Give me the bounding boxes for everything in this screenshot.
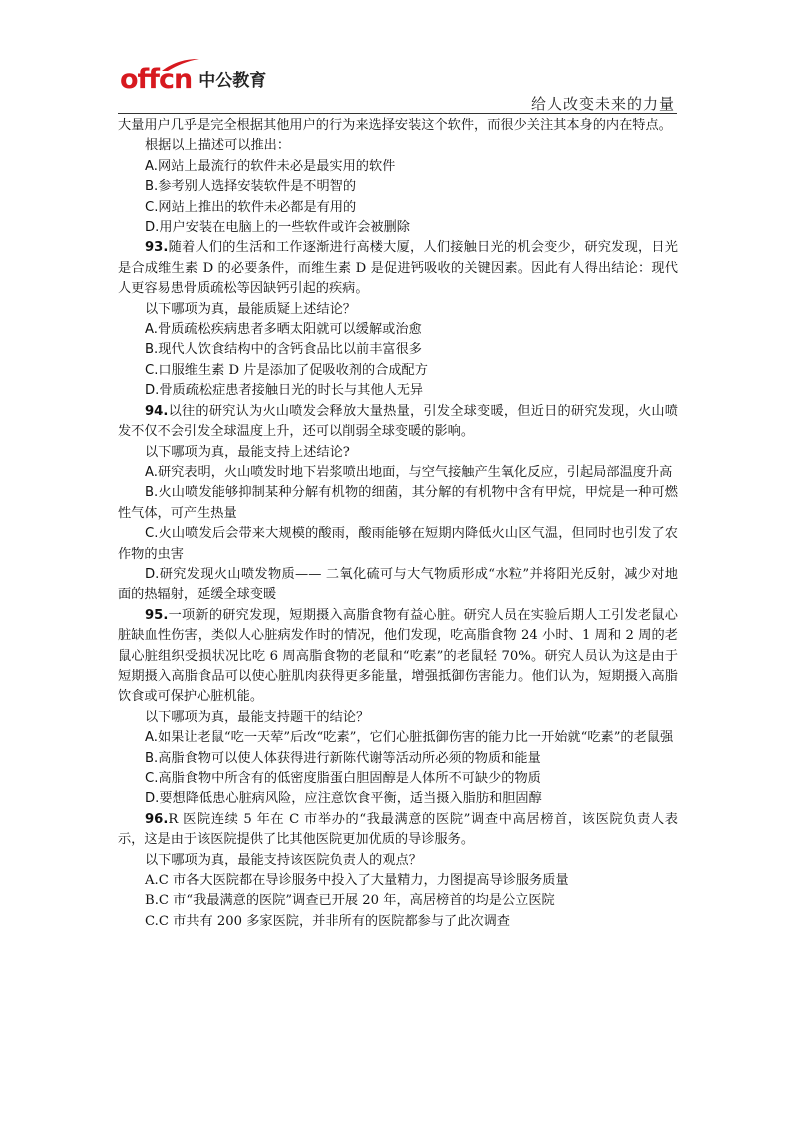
logo-swoosh-icon — [160, 58, 200, 72]
logo-wordmark: offcn — [120, 66, 192, 93]
question-93-option-d: D.骨质疏松症患者接触日光的时长与其他人无异 — [118, 381, 678, 401]
option-letter: B. — [145, 179, 158, 194]
intro-option-c: C.网站上推出的软件未必都是有用的 — [118, 198, 678, 218]
question-94-option-a: A.研究表明，火山喷发时地下岩浆喷出地面，与空气接触产生氧化反应，引起局部温度升… — [118, 463, 678, 483]
option-letter: A. — [145, 322, 158, 337]
option-text: 用户安装在电脑上的一些软件或许会被删除 — [159, 220, 410, 235]
question-94-prompt: 以下哪项为真，最能支持上述结论? — [118, 443, 678, 463]
question-number: 94. — [145, 404, 168, 419]
question-95-option-d: D.要想降低患心脏病风险，应注意饮食平衡，适当摄入脂肪和胆固醇 — [118, 789, 678, 809]
question-96-prompt: 以下哪项为真，最能支持该医院负责人的观点？ — [118, 851, 678, 871]
question-94-option-c: C.火山喷发后会带来大规模的酸雨，酸雨能够在短期内降低火山区气温，但同时也引发了… — [118, 524, 678, 565]
logo-chinese-text: 中公教育 — [198, 66, 266, 93]
question-95-option-a: A.如果让老鼠“吃一天荤”后改“吃素”，它们心脏抵御伤害的能力比一开始就“吃素”… — [118, 728, 678, 748]
option-letter: B. — [145, 342, 158, 357]
header-slogan: 给人改变未来的力量 — [531, 93, 675, 114]
offcn-logo: offcn 中公教育 — [120, 66, 266, 93]
question-93-prompt: 以下哪项为真，最能质疑上述结论？ — [118, 300, 678, 320]
question-95-option-c: C.高脂食物中所含有的低密度脂蛋白胆固醇是人体所不可缺少的物质 — [118, 769, 678, 789]
option-text: 网站上最流行的软件未必是最实用的软件 — [158, 159, 395, 174]
option-text: 网站上推出的软件未必都是有用的 — [158, 200, 356, 215]
option-letter: C. — [145, 914, 159, 929]
option-letter: D. — [145, 567, 159, 582]
option-text: 现代人饮食结构中的含钙食品比以前丰富很多 — [158, 342, 422, 357]
option-text: 要想降低患心脏病风险，应注意饮食平衡，适当摄入脂肪和胆固醇 — [159, 791, 541, 806]
option-letter: C. — [145, 526, 158, 541]
question-96-option-c: C.C 市共有 200 多家医院，并非所有的医院都参与了此次调查 — [118, 912, 678, 932]
question-number: 95. — [145, 608, 168, 623]
question-93-option-a: A.骨质疏松疾病患者多晒太阳就可以缓解或治愈 — [118, 320, 678, 340]
question-94-stem: 94.以往的研究认为火山喷发会释放大量热量，引发全球变暖，但近日的研究发现，火山… — [118, 402, 678, 443]
question-number: 93. — [145, 240, 168, 255]
intro-option-a: A.网站上最流行的软件未必是最实用的软件 — [118, 157, 678, 177]
option-text: C 市“我最满意的医院”调查已开展 20 年，高居榜首的均是公立医院 — [159, 893, 555, 908]
question-stem-text: 以往的研究认为火山喷发会释放大量热量，引发全球变暖，但近日的研究发现，火山喷发不… — [118, 404, 678, 439]
option-text: C 市各大医院都在导诊服务中投入了大量精力，力图提高导诊服务质量 — [159, 873, 569, 888]
intro-option-d: D.用户安装在电脑上的一些软件或许会被删除 — [118, 218, 678, 238]
question-96-stem: 96.R 医院连续 5 年在 C 市举办的“我最满意的医院”调查中高居榜首，该医… — [118, 810, 678, 851]
question-number: 96. — [145, 812, 168, 827]
question-94-option-b: B.火山喷发能够抑制某种分解有机物的细菌，其分解的有机物中含有甲烷，甲烷是一种可… — [118, 483, 678, 524]
question-96-option-b: B.C 市“我最满意的医院”调查已开展 20 年，高居榜首的均是公立医院 — [118, 891, 678, 911]
option-text: 火山喷发能够抑制某种分解有机物的细菌，其分解的有机物中含有甲烷，甲烷是一种可燃性… — [118, 485, 678, 520]
option-text: 如果让老鼠“吃一天荤”后改“吃素”，它们心脏抵御伤害的能力比一开始就“吃素”的老… — [158, 730, 673, 745]
header-divider — [118, 113, 677, 114]
option-letter: D. — [145, 791, 159, 806]
intro-option-b: B.参考别人选择安装软件是不明智的 — [118, 177, 678, 197]
option-text: C 市共有 200 多家医院，并非所有的医院都参与了此次调查 — [159, 914, 510, 929]
option-letter: B. — [145, 485, 158, 500]
option-letter: B. — [145, 751, 158, 766]
question-93-stem: 93.随着人们的生活和工作逐渐进行高楼大厦，人们接触日光的机会变少，研究发现，日… — [118, 238, 678, 299]
question-93-option-b: B.现代人饮食结构中的含钙食品比以前丰富很多 — [118, 340, 678, 360]
option-letter: A. — [145, 159, 158, 174]
option-letter: A. — [145, 465, 158, 480]
question-95-prompt: 以下哪项为真，最能支持题干的结论？ — [118, 708, 678, 728]
question-93-option-c: C.口服维生素 D 片是添加了促吸收剂的合成配方 — [118, 361, 678, 381]
option-letter: C. — [145, 771, 158, 786]
option-letter: A. — [145, 873, 159, 888]
option-text: 参考别人选择安装软件是不明智的 — [158, 179, 356, 194]
option-text: 高脂食物可以使人体获得进行新陈代谢等活动所必须的物质和能量 — [158, 751, 540, 766]
option-letter: D. — [145, 383, 159, 398]
option-text: 研究表明，火山喷发时地下岩浆喷出地面，与空气接触产生氧化反应，引起局部温度升高 — [158, 465, 672, 480]
option-text: 火山喷发后会带来大规模的酸雨，酸雨能够在短期内降低火山区气温，但同时也引发了农作… — [118, 526, 678, 561]
option-letter: C. — [145, 363, 158, 378]
option-text: 高脂食物中所含有的低密度脂蛋白胆固醇是人体所不可缺少的物质 — [158, 771, 540, 786]
question-95-option-b: B.高脂食物可以使人体获得进行新陈代谢等活动所必须的物质和能量 — [118, 749, 678, 769]
question-96-option-a: A.C 市各大医院都在导诊服务中投入了大量精力，力图提高导诊服务质量 — [118, 871, 678, 891]
option-text: 研究发现火山喷发物质—— 二氧化硫可与大气物质形成“水粒”并将阳光反射，减少对地… — [118, 567, 678, 602]
option-text: 骨质疏松症患者接触日光的时长与其他人无异 — [159, 383, 423, 398]
question-stem-text: 随着人们的生活和工作逐渐进行高楼大厦，人们接触日光的机会变少，研究发现，日光是合… — [118, 240, 678, 296]
option-letter: B. — [145, 893, 159, 908]
question-95-stem: 95.一项新的研究发现，短期摄入高脂食物有益心脏。研究人员在实验后期人工引发老鼠… — [118, 606, 678, 708]
question-stem-text: R 医院连续 5 年在 C 市举办的“我最满意的医院”调查中高居榜首，该医院负责… — [118, 812, 678, 847]
option-text: 骨质疏松疾病患者多晒太阳就可以缓解或治愈 — [158, 322, 422, 337]
question-stem-text: 一项新的研究发现，短期摄入高脂食物有益心脏。研究人员在实验后期人工引发老鼠心脏缺… — [118, 608, 678, 705]
intro-continuation: 大量用户几乎是完全根据其他用户的行为来选择安装这个软件，而很少关注其本身的内在特… — [118, 116, 678, 136]
document-body: 大量用户几乎是完全根据其他用户的行为来选择安装这个软件，而很少关注其本身的内在特… — [118, 116, 678, 932]
intro-prompt: 根据以上描述可以推出： — [118, 136, 678, 156]
option-letter: A. — [145, 730, 158, 745]
option-text: 口服维生素 D 片是添加了促吸收剂的合成配方 — [158, 363, 428, 378]
question-94-option-d: D.研究发现火山喷发物质—— 二氧化硫可与大气物质形成“水粒”并将阳光反射，减少… — [118, 565, 678, 606]
option-letter: D. — [145, 220, 159, 235]
option-letter: C. — [145, 200, 158, 215]
